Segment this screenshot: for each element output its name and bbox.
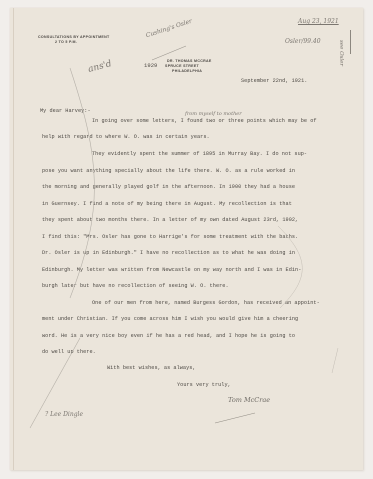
pencil-marks-icon [10, 8, 363, 470]
annotation-bottom-left: ? Lee Dingle [45, 411, 83, 418]
letter-page: CONSULTATIONS BY APPOINTMENT 2 TO 5 P.M.… [10, 8, 363, 470]
